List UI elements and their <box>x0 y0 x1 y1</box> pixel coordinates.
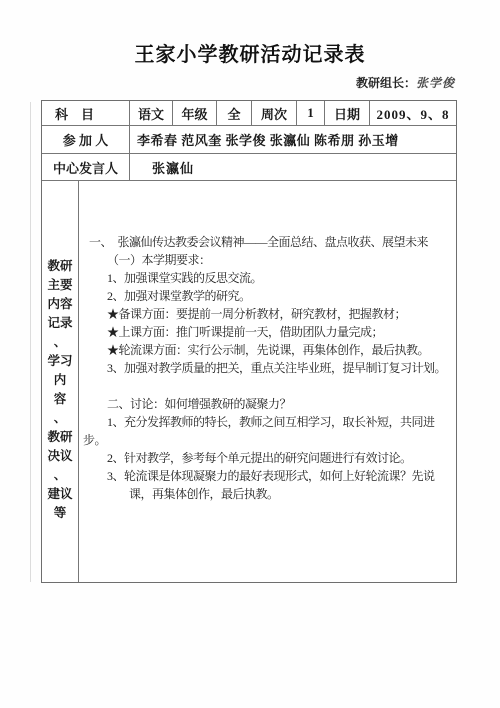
grade-label-cell: 年级 <box>173 101 217 125</box>
subject-value-cell: 语文 <box>130 101 173 125</box>
main-content-cell: 一、 张瀛仙传达教委会议精神——全面总结、盘点收获、展望未来（一）本学期要求：1… <box>79 181 456 582</box>
content-line: 2、加强对课堂教学的研究。 <box>81 287 454 305</box>
date-label-cell: 日期 <box>325 101 370 125</box>
scanned-document-page: 王家小学教研活动记录表 教研组长：张学俊 科 目 语文 年级 全 周次 1 日期… <box>0 0 500 708</box>
side-label-line: 决议 <box>47 447 72 466</box>
side-label-line: 学习 <box>47 352 72 371</box>
speaker-value-cell: 张瀛仙 <box>130 154 456 180</box>
content-line: 3、加强对教学质量的把关，重点关注毕业班，提早制订复习计划。 <box>81 359 454 377</box>
side-label-line: 、 <box>54 333 67 352</box>
side-label-line: 内容 <box>47 295 72 314</box>
content-line: 3、轮流课是体现凝聚力的最好表现形式，如何上好轮流课？先说 <box>81 467 454 485</box>
table-row-speaker: 中心发言人 张瀛仙 <box>42 154 456 181</box>
participants-value-cell: 李希春 范风奎 张学俊 张瀛仙 陈希朋 孙玉增 <box>130 126 456 153</box>
content-line: 1、加强课堂实践的反思交流。 <box>81 269 454 287</box>
side-label-line: 等 <box>54 504 67 523</box>
side-label-line: 内 <box>54 371 67 390</box>
side-label-line: 主要 <box>47 276 72 295</box>
scan-artifact-line <box>30 102 31 582</box>
content-line <box>81 377 454 395</box>
speaker-label-cell: 中心发言人 <box>42 154 130 180</box>
research-group-leader-line: 教研组长：张学俊 <box>356 74 455 91</box>
week-label-cell: 周次 <box>252 101 297 125</box>
side-label-line: 教研 <box>47 428 72 447</box>
side-label-line: 、 <box>54 409 67 428</box>
record-table: 科 目 语文 年级 全 周次 1 日期 2009、9、8 参 加 人 李希春 范… <box>41 100 457 583</box>
side-label-line: 、 <box>54 466 67 485</box>
content-line: 课，再集体创作，最后执教。 <box>81 485 454 503</box>
main-side-label-cell: 教研主要内容记录、学习内容、教研决议、建议等 <box>42 181 79 582</box>
subject-label-cell: 科 目 <box>42 101 130 125</box>
content-line: ★备课方面：要提前一周分析教材，研究教材，把握教材； <box>81 305 454 323</box>
content-line: ★上课方面：推门听课提前一天，借助团队力量完成； <box>81 323 454 341</box>
content-line: 二、讨论：如何增强教研的凝聚力？ <box>81 395 454 413</box>
grade-value-cell: 全 <box>217 101 252 125</box>
content-line: 一、 张瀛仙传达教委会议精神——全面总结、盘点收获、展望未来 <box>81 233 454 251</box>
week-value-cell: 1 <box>297 101 325 125</box>
content-line: 1、充分发挥教师的特长，教师之间互相学习，取长补短，共同进 <box>81 413 454 431</box>
side-label-line: 教研 <box>47 257 72 276</box>
content-line: 2、针对教学，参考每个单元提出的研究问题进行有效讨论。 <box>81 449 454 467</box>
side-label-line: 建议 <box>47 485 72 504</box>
content-line: （一）本学期要求： <box>81 251 454 269</box>
side-label-line: 记录 <box>47 314 72 333</box>
content-line: 步。 <box>81 431 454 449</box>
leader-label: 教研组长： <box>356 76 416 90</box>
date-value-cell: 2009、9、8 <box>370 101 456 125</box>
leader-name: 张学俊 <box>416 76 455 90</box>
page-title: 王家小学教研活动记录表 <box>0 38 500 67</box>
table-row-main-content: 教研主要内容记录、学习内容、教研决议、建议等 一、 张瀛仙传达教委会议精神——全… <box>42 181 456 582</box>
content-line: ★轮流课方面：实行公示制，先说课，再集体创作，最后执教。 <box>81 341 454 359</box>
table-row-participants: 参 加 人 李希春 范风奎 张学俊 张瀛仙 陈希朋 孙玉增 <box>42 126 456 154</box>
table-row-info: 科 目 语文 年级 全 周次 1 日期 2009、9、8 <box>42 101 456 126</box>
participants-label-cell: 参 加 人 <box>42 126 130 153</box>
side-label-line: 容 <box>54 390 67 409</box>
